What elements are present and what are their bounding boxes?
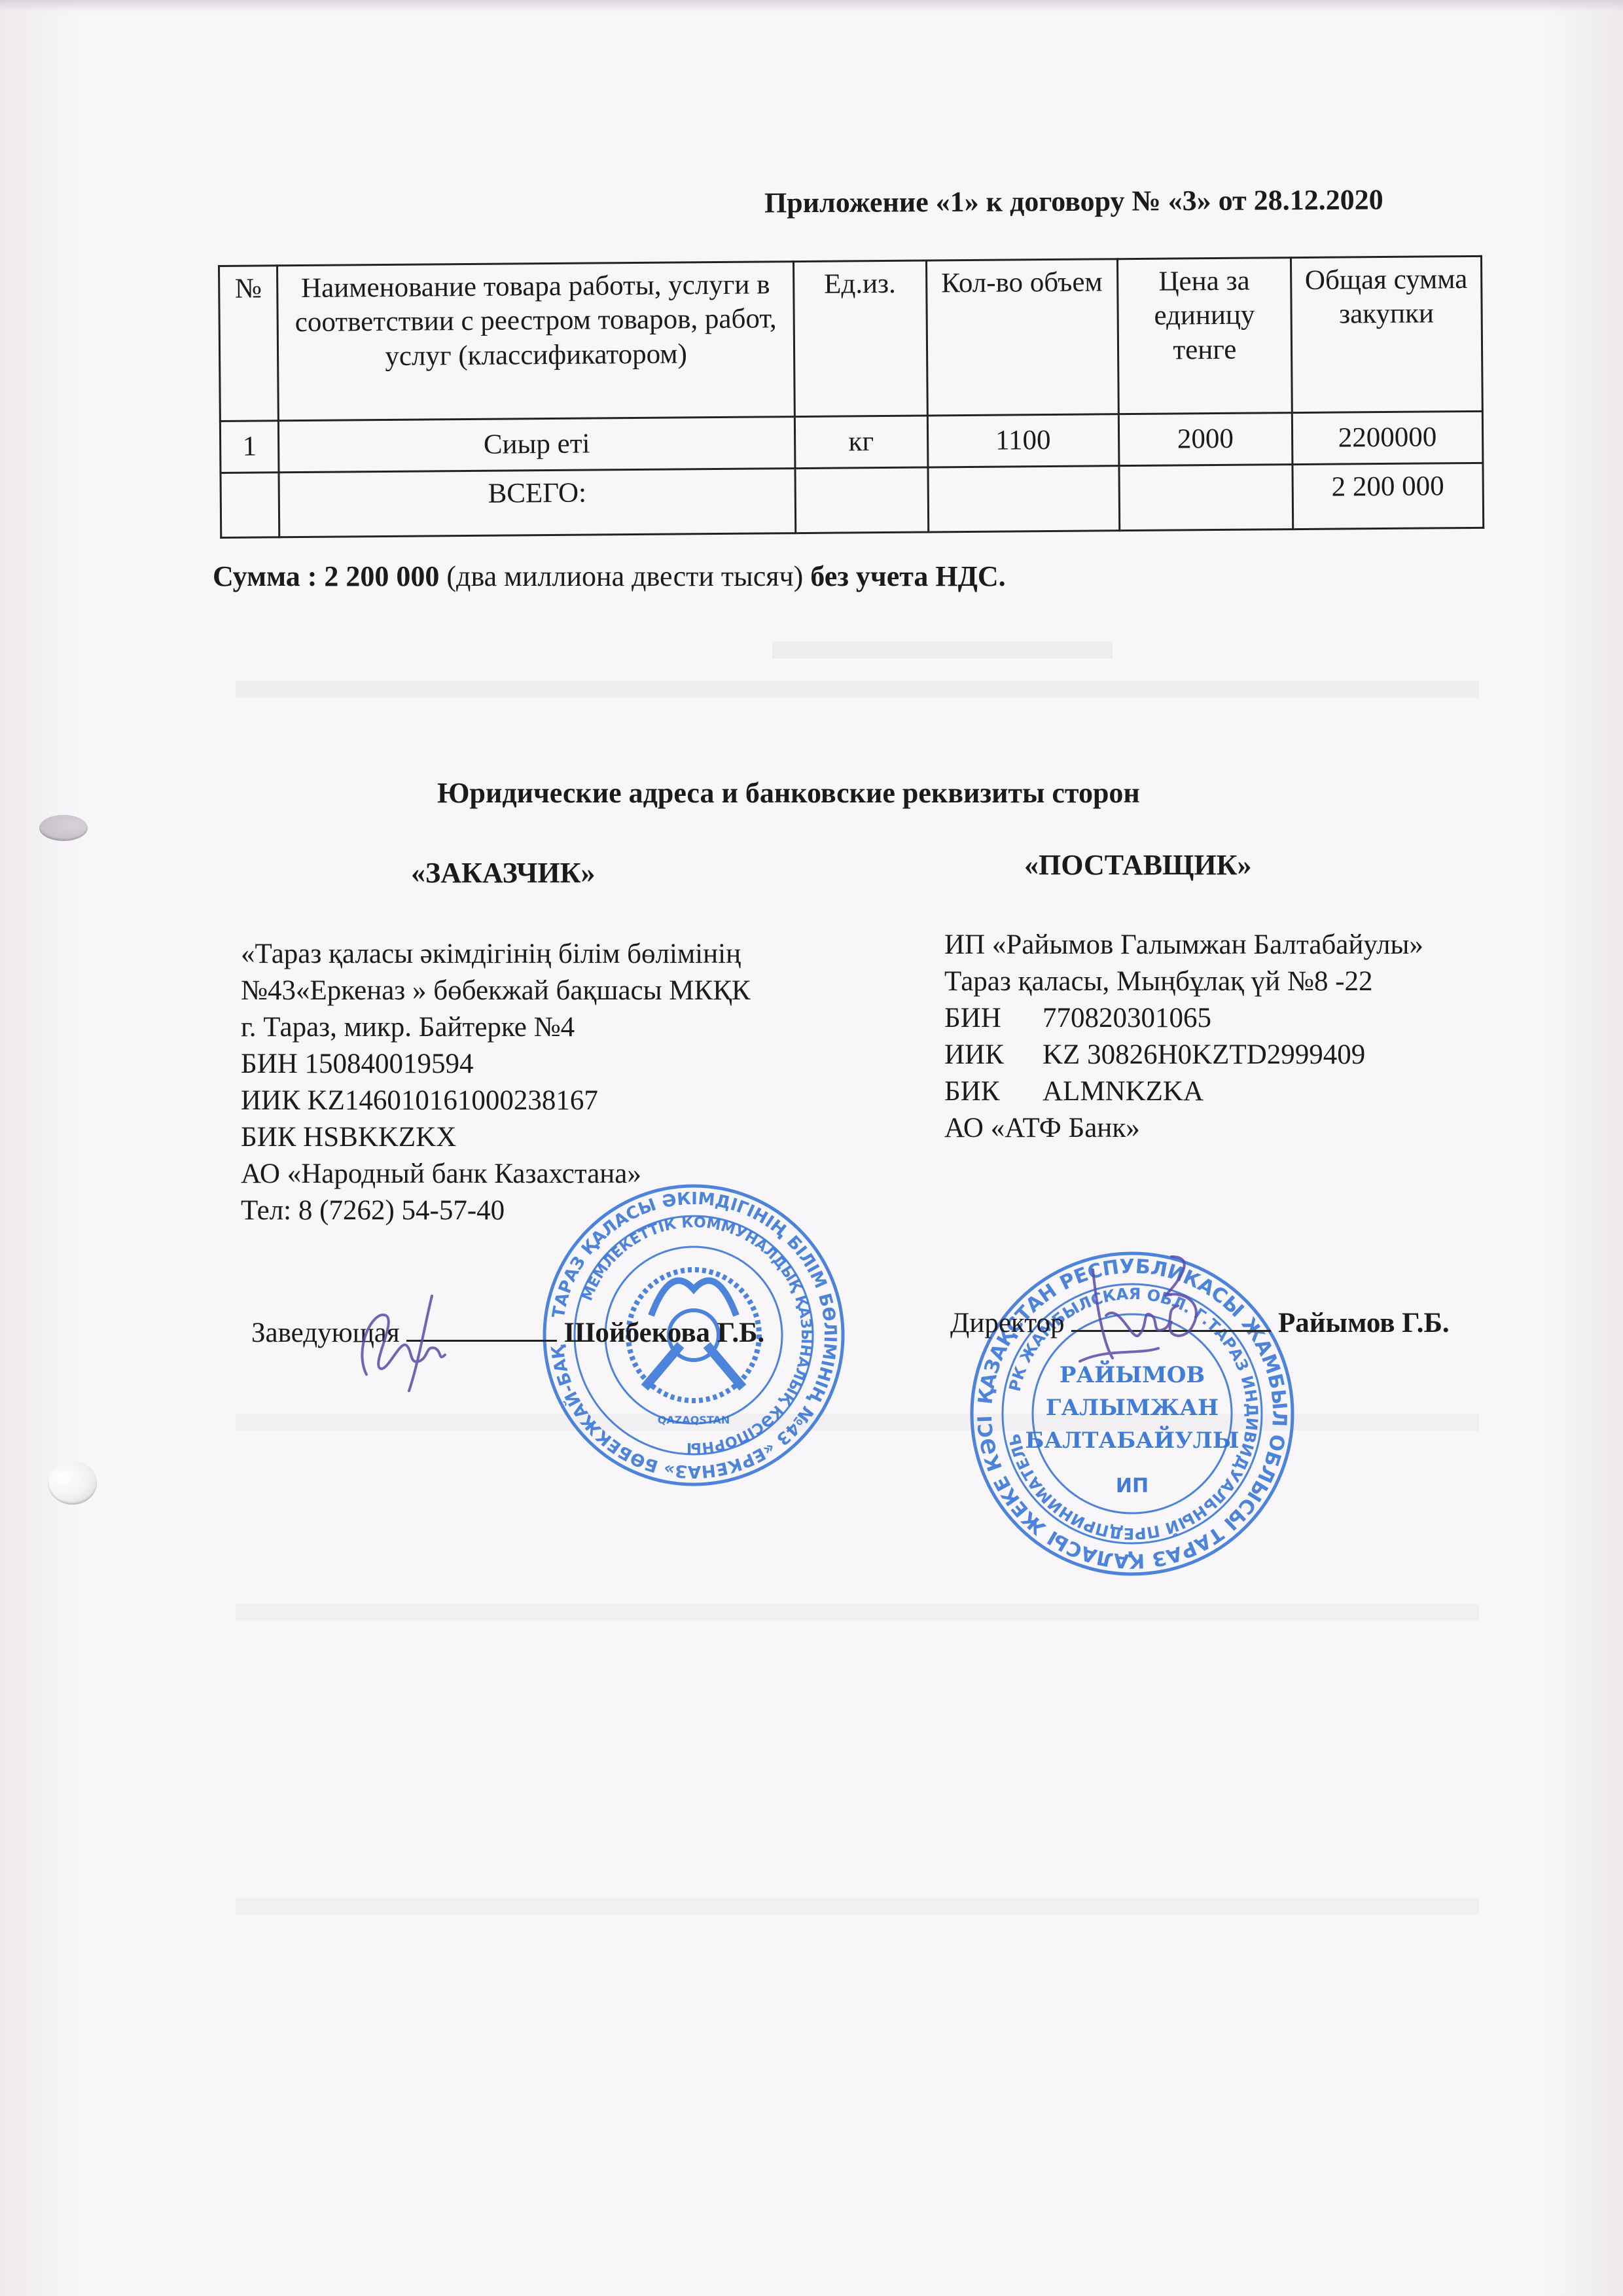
cell-qty: 1100 xyxy=(927,414,1119,467)
supplier-requisites: ИП «Райымов Галымжан Балтабайулы» Тараз … xyxy=(944,927,1423,1147)
bleed-through-text xyxy=(772,641,1113,658)
cell-empty xyxy=(795,467,929,533)
header-unit: Ед.из. xyxy=(793,260,927,417)
customer-signer-name: Шойбекова Г.Б. xyxy=(564,1318,764,1348)
supplier-bin: БИН770820301065 xyxy=(944,1000,1423,1037)
cell-name: Сиыр еті xyxy=(279,417,795,473)
supplier-bik-label: БИК xyxy=(944,1073,1043,1110)
goods-table: № Наименование товара работы, услуги в с… xyxy=(218,255,1484,539)
sum-vat-note: без учета НДС. xyxy=(803,560,1005,592)
total-label: ВСЕГО: xyxy=(279,469,795,537)
sum-words: (два миллиона двести тысяч) xyxy=(439,560,803,592)
svg-text:БАЛТАБАЙУЛЫ: БАЛТАБАЙУЛЫ xyxy=(1025,1426,1239,1454)
supplier-iik-value: KZ 30826H0KZTD2999409 xyxy=(1043,1039,1365,1070)
cell-num: 1 xyxy=(220,421,279,473)
sum-amount: Сумма : 2 200 000 xyxy=(213,560,439,592)
customer-title: «ЗАКАЗЧИК» xyxy=(411,856,596,889)
supplier-bin-value: 770820301065 xyxy=(1043,1003,1211,1033)
header-name: Наименование товара работы, услуги в соо… xyxy=(277,262,794,421)
bleed-through-text xyxy=(236,681,1479,698)
sum-line: Сумма : 2 200 000 (два миллиона двести т… xyxy=(213,560,1006,593)
scan-edge xyxy=(0,0,1623,12)
punch-hole xyxy=(48,1461,97,1505)
requisites-title: Юридические адреса и банковские реквизит… xyxy=(437,776,1140,810)
customer-org-line-2: №43«Еркеназ » бөбекжай бақшасы МКҚК xyxy=(241,973,751,1009)
cell-unit: кг xyxy=(794,416,927,469)
svg-text:QAZAQSTAN: QAZAQSTAN xyxy=(658,1414,730,1426)
customer-signature-line: Заведующая Шойбекова Г.Б. xyxy=(251,1317,764,1349)
svg-text:ИП: ИП xyxy=(1116,1475,1149,1498)
supplier-signature-icon xyxy=(1067,1244,1211,1374)
supplier-title: «ПОСТАВЩИК» xyxy=(1024,848,1252,882)
cell-total: 2200000 xyxy=(1292,411,1483,464)
supplier-iik: ИИКKZ 30826H0KZTD2999409 xyxy=(944,1037,1423,1073)
header-total: Общая сумма закупки xyxy=(1291,256,1482,412)
table-total-row: ВСЕГО: 2 200 000 xyxy=(221,463,1484,537)
supplier-iik-label: ИИК xyxy=(944,1037,1043,1073)
customer-address: г. Тараз, микр. Байтерке №4 xyxy=(241,1009,751,1046)
punch-hole xyxy=(39,815,88,841)
bleed-through-text xyxy=(236,1898,1479,1915)
svg-text:ГАЛЫМЖАН: ГАЛЫМЖАН xyxy=(1046,1395,1219,1421)
supplier-signer-role: Директор xyxy=(950,1308,1064,1338)
customer-bik: БИК HSBKKZKX xyxy=(241,1119,751,1156)
customer-iik: ИИК KZ146010161000238167 xyxy=(241,1083,751,1119)
total-value: 2 200 000 xyxy=(1293,463,1484,529)
appendix-title: Приложение «1» к договору № «3» от 28.12… xyxy=(764,183,1383,220)
supplier-signer-name: Райымов Г.Б. xyxy=(1278,1308,1450,1338)
customer-bin: БИН 150840019594 xyxy=(241,1046,751,1083)
table-row: 1 Сиыр еті кг 1100 2000 2200000 xyxy=(220,411,1483,473)
bleed-through-text xyxy=(236,1604,1479,1621)
customer-signature-icon xyxy=(347,1283,465,1394)
cell-empty xyxy=(928,466,1120,532)
supplier-address: Тараз қаласы, Мыңбұлақ үй №8 -22 xyxy=(944,963,1423,1000)
supplier-bik: БИКALMNKZKA xyxy=(944,1073,1423,1110)
cell-empty xyxy=(1119,465,1293,531)
cell-price: 2000 xyxy=(1118,413,1293,466)
supplier-bik-value: ALMNKZKA xyxy=(1043,1076,1204,1107)
supplier-name: ИП «Райымов Галымжан Балтабайулы» xyxy=(944,927,1423,963)
customer-org-line-1: «Тараз қаласы әкімдігінің білім бөліміні… xyxy=(241,936,751,973)
header-price: Цена за единицу тенге xyxy=(1117,258,1292,414)
table-header-row: № Наименование товара работы, услуги в с… xyxy=(219,256,1483,421)
header-qty: Кол-во объем xyxy=(926,259,1118,416)
supplier-bank: АО «АТФ Банк» xyxy=(944,1110,1423,1147)
header-num: № xyxy=(219,266,279,422)
cell-empty xyxy=(221,473,279,538)
supplier-bin-label: БИН xyxy=(944,1000,1043,1037)
